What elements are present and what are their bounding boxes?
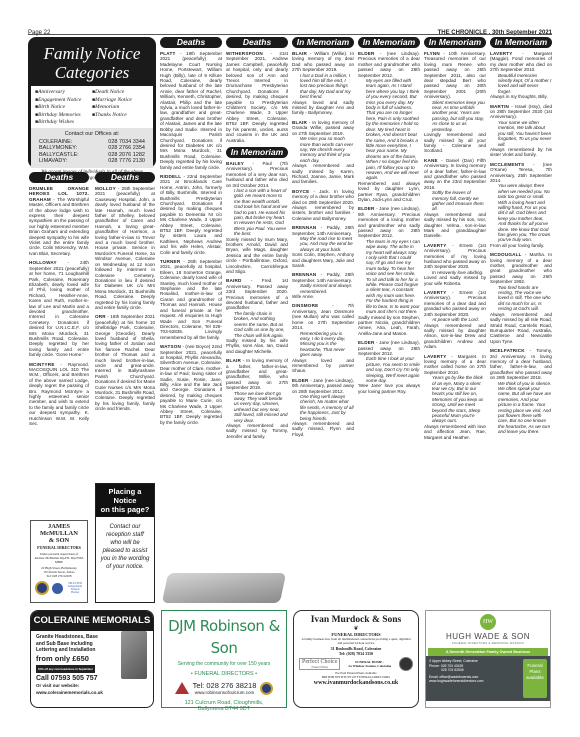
notice-signoff: Remembered and always loved by daughter …: [358, 181, 420, 203]
header-rule: [28, 34, 552, 35]
notice-entry: ELDER - Jane (nee Lindsay), passed away …: [358, 340, 420, 394]
category-item: Death Notice: [92, 89, 149, 95]
hugh-wade-ad: HW HUGH WADE & SON FUNERAL DIRECTORS & M…: [425, 610, 551, 708]
notice-signoff: Loved and sadly missed by your wife Robe…: [424, 275, 486, 286]
category-item: Anniversary: [35, 89, 92, 95]
memoriam-column-1: In MemoriamBLAIR - William (Willie). In …: [292, 37, 354, 441]
notice-entry: MCDOUGALL - Martha. In loving memory of …: [490, 252, 552, 344]
notice-entry: BAIRD - Fred. 1st Anniversary. Passed aw…: [226, 278, 288, 354]
placing-notice-ad: Placing a Noticeon this page? Contact ou…: [95, 483, 155, 603]
deaths-column-1: DeathsDRUMLEE ORANGE HEROES LOL 1072. GR…: [29, 172, 89, 430]
notice-entry: MCELFATRICK - Tommy, 3rd Anniversary. In…: [490, 348, 552, 435]
category-item: Birth Notice: [35, 104, 92, 110]
notice-signoff: 'Wee Jane' love you always your loving p…: [358, 383, 420, 394]
deaths-memoriam-column: DeathsWITHERSPOON - 21st September 2021,…: [226, 37, 288, 443]
djm-robinson-ad: DJM Robinson & Son Serving the community…: [161, 610, 287, 708]
notice-signoff: Always remembered and sadly missed, Flyn…: [292, 421, 354, 437]
category-item: Memoriam: [92, 104, 149, 110]
notice-signoff: Always loved and remembered by partner S…: [292, 358, 354, 374]
notice-entry: MOLLOY - 25th September 2021 (peacefully…: [95, 186, 155, 310]
category-item: Birthday Memories: [35, 112, 92, 118]
notice-entry: LAVERTY - Ernest (1st Anniversary). Prec…: [424, 243, 486, 286]
bible-icon: [162, 573, 286, 603]
notice-verse: Each time I look at your picture, You se…: [358, 356, 420, 383]
notice-entry: BRENNAN - Paddy, 28th September, 14th An…: [292, 272, 354, 299]
notice-entry: KANE - Daniel (Dan) Fifth Anniversary. I…: [424, 158, 486, 239]
notice-entry: DRUMLEE ORANGE HEROES LOL 1072. GRAHAM -…: [29, 186, 89, 256]
category-item: Engagement Notice: [35, 97, 92, 103]
categories-title: Family NoticeCategories: [31, 44, 153, 82]
category-list: Anniversary Death Notice Engagement Noti…: [31, 86, 153, 128]
notice-verse: Remembering you is easy, I do it every d…: [292, 331, 354, 358]
notice-verse: Silent memories keep you near, As time u…: [424, 100, 486, 132]
mcmullan-ad: JAMES McMULLAN & SON FUNERAL DIRECTORS U…: [30, 520, 88, 603]
notice-entry: DINSMORE - 7th Anniversary, Jean Dinsmor…: [292, 303, 354, 373]
notice-entry: LAVERTY - Margaret (Maggie). Fond memori…: [490, 51, 552, 100]
notice-entry: HOLLOWAY - 24th September 2021 (peaceful…: [29, 260, 89, 357]
notice-entry: BOYCE - Jack. In loving memory of a dear…: [292, 189, 354, 221]
notice-signoff: From all your loving family.: [490, 243, 552, 248]
notice-entry: BRENNAN - Paddy, 28th September, 14th An…: [292, 225, 354, 268]
category-item: Marriage Notice: [92, 97, 149, 103]
deaths-column-3: DeathsPLATT - 19th September 2021 (peace…: [160, 37, 222, 429]
hw-logo-icon: HW: [480, 614, 496, 630]
notice-signoff: Always loved and sadly missed by daughte…: [292, 100, 354, 116]
coleraine-memorials-ad: COLERAINE MEMORIALS Granite Headstones, …: [30, 610, 154, 708]
headstone-icon: [121, 631, 147, 679]
notice-signoff: Sons Colin, Stephen, Anthony and daughte…: [292, 252, 354, 268]
notice-entry: RIDDELL - 22nd September 2021 at Brookla…: [160, 174, 222, 255]
notice-signoff: Always remembered and sadly missed by hi…: [424, 212, 486, 239]
notice-verse: I lost a Dad in a million, I loved him t…: [292, 73, 354, 100]
notice-verse: Beautiful memories silently kept, Of a m…: [490, 73, 552, 95]
notice-signoff: Wife Anne.: [292, 294, 354, 299]
notice-entry: ELDER - Jane (nee Lindsay), 9th Annivers…: [358, 206, 420, 336]
family-notice-categories: Family NoticeCategories Anniversary Deat…: [28, 37, 156, 168]
notice-signoff: Always remembered with love and affectio…: [424, 424, 486, 440]
crest-icon: [260, 682, 273, 695]
notice-verse: Years go by like the blink of an eye, Ma…: [424, 375, 486, 424]
notice-signoff: Sadly missed by son Stephen, partner Nic…: [358, 315, 420, 337]
page-number: Page 22: [28, 30, 50, 36]
notice-entry: TURNER - 25th September 2021, peacefully…: [160, 259, 222, 340]
notice-entry: ORR - 18th September 2021 (peacefully) a…: [95, 314, 155, 411]
notice-signoff: Always remembered and sadly missed by To…: [226, 423, 288, 439]
notice-entry: ELDER - Jane (nee Lindsay), 9th Annivers…: [292, 378, 354, 437]
notice-entry: PLATT - 19th September 2021 (peacefully)…: [160, 51, 222, 170]
notice-verse: I lost a son with a heart of gold. He me…: [226, 188, 288, 237]
notice-entry: ELDER - (nee Lindsay). Precious memories…: [358, 51, 420, 202]
selected-badge-icon: [52, 583, 63, 594]
notice-signoff: Lovingly remembered and sadly missed by …: [424, 132, 486, 154]
notice-entry: FLYNN - 10th Anniversary. Treasured memo…: [424, 51, 486, 154]
notice-entry: LAVERTY - Margaret. In loving memory of …: [424, 354, 486, 441]
notice-verse: Sadly missed and always remembered.: [292, 283, 354, 294]
lion-crest-icon: [399, 657, 413, 671]
notice-entry: BLAIR - William (Willie). In loving memo…: [292, 51, 354, 116]
notice-entry: BAILEY - Paul (7th Anniversary). Preciou…: [226, 161, 288, 275]
notice-entry: MCINTYRE - Raymond. MACOSQUIN LOL 310 Th…: [29, 362, 89, 427]
notice-verse: You were always there when we needed you…: [490, 183, 552, 242]
contact-offices: Contact our Offices at: COLERAINE:028 70…: [31, 128, 153, 168]
notice-verse: Those we love don't go away, They walk b…: [226, 391, 288, 423]
paper-dateline: THE CHRONICLE , 30th September 2021: [438, 30, 552, 36]
notice-signoff: Always remembered by his sister Violet a…: [490, 147, 552, 158]
notice-verse: At peace with the Lord.: [424, 317, 486, 322]
notice-verse: Softly the leaves of memory fall, Gently…: [424, 190, 486, 212]
ivan-murdock-ad: Ivan Murdock & Sons ❦ FUNERAL DIRECTORS …: [293, 610, 419, 708]
memoriam-column-3: In MemoriamFLYNN - 10th Anniversary. Tre…: [424, 37, 486, 444]
murdock-website-link[interactable]: www.ivanmurdockandsons.co.uk: [296, 680, 416, 686]
notice-verse: The family chain is broken, And nothing …: [226, 311, 288, 338]
notice-entry: LAVERTY - Ernest (1st Anniversary). Prec…: [424, 290, 486, 349]
notice-verse: The tears in my eyes I can wipe away. Th…: [358, 239, 420, 315]
notice-signoff: Always remembered and sadly missed by Ka…: [292, 163, 354, 185]
ornament-icon: ❦: [296, 625, 416, 632]
in-memoriam-header: In Memoriam: [226, 147, 288, 158]
memoriam-column-4: In MemoriamLAVERTY - Margaret (Maggie). …: [490, 37, 552, 439]
triangle-logo-icon: [175, 682, 189, 694]
notice-verse: We think of you in silence. We often spe…: [490, 381, 552, 435]
notice-signoff: Always remembered and sadly missed by al…: [490, 312, 552, 344]
notice-verse: We miss you so much more than words can …: [292, 136, 354, 163]
notice-entry: MARTIN - Israel (Issy), died on 28th Sep…: [490, 104, 552, 158]
notice-signoff: Always remembered and sadly missed by da…: [424, 323, 486, 350]
crest-icon: [35, 581, 49, 595]
notice-signoff: Sadly missed by his wife Phyllis, sons A…: [226, 338, 288, 354]
notice-entry: WATSON - (nee Boyce) 22nd September 2021…: [160, 344, 222, 425]
notice-verse: My eyes are filled with tears again, As …: [358, 78, 420, 181]
notice-signoff: Always in my thoughts, Billy.: [490, 94, 552, 99]
category-item: Thanks Notice: [92, 112, 149, 118]
notice-entry: BLAIR - In loving memory of Granda Willi…: [292, 120, 354, 185]
deaths-column-2: DeathsMOLLOY - 25th September 2021 (peac…: [95, 172, 155, 416]
notice-entry: WITHERSPOON - 21st September 2021, Andre…: [226, 51, 288, 143]
notice-verse: Two tired hands are resting, The voice w…: [490, 285, 552, 312]
notice-verse: May the road rise to meet you, And may t…: [292, 236, 354, 252]
notice-entry: BLAIR - In loving memory of a father, fa…: [226, 358, 288, 439]
memoriam-column-2: In MemoriamELDER - (nee Lindsay). Precio…: [358, 37, 420, 398]
notice-signoff: Sorely missed by mum Mary, brothers Arno…: [226, 237, 288, 275]
notice-verse: Your name we often mention, We talk abou…: [490, 120, 552, 147]
category-item: Birthday Wishes: [35, 119, 92, 125]
notice-verse: One thing we'll always cherish, No matte…: [292, 394, 354, 421]
notice-entry: MCCLEMENTS - (nee O'Kane) Teresa, 7th An…: [490, 162, 552, 249]
